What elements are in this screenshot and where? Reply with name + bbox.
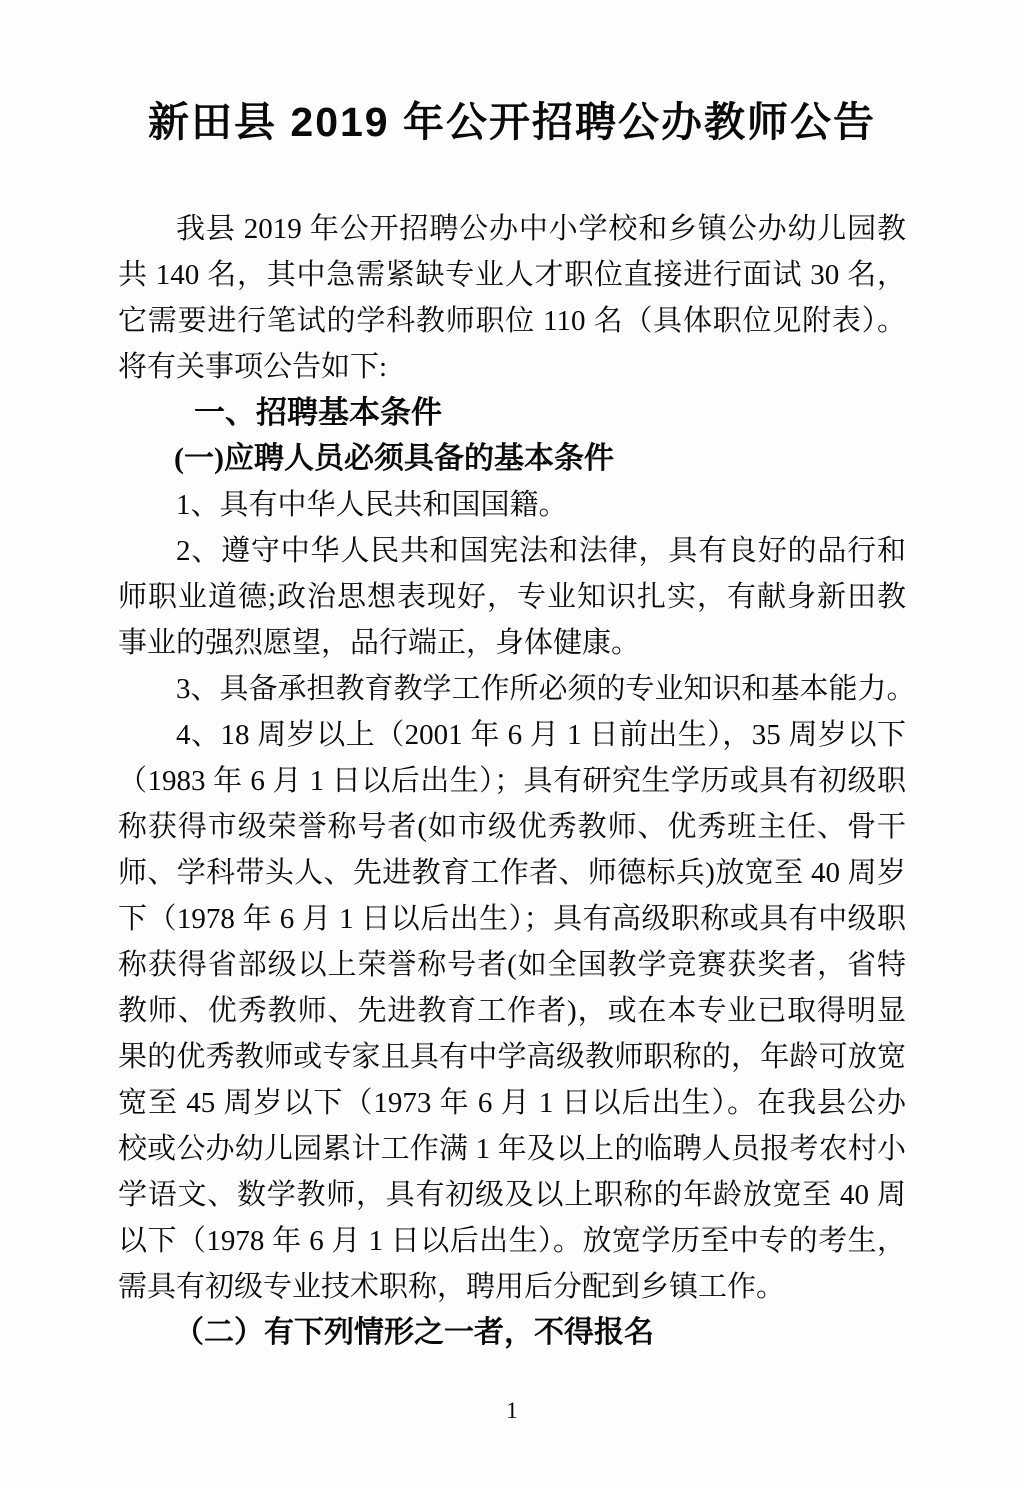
page-title: 新田县 2019 年公开招聘公办教师公告: [0, 98, 1024, 147]
text-line: 校或公办幼儿园累计工作满 1 年及以上的临聘人员报考农村小: [118, 1126, 906, 1172]
text-line: 需具有初级专业技术职称，聘用后分配到乡镇工作。: [118, 1264, 906, 1310]
heading-line: 一、招聘基本条件: [118, 390, 906, 436]
text-line: 宽至 45 周岁以下（1973 年 6 月 1 日以后出生）。在我县公办学: [118, 1080, 906, 1126]
document-page: 新田县 2019 年公开招聘公办教师公告 我县 2019 年公开招聘公办中小学校…: [0, 0, 1024, 1486]
text-line: 共 140 名，其中急需紧缺专业人才职位直接进行面试 30 名，其: [118, 252, 906, 298]
text-line: 果的优秀教师或专家且具有中学高级教师职称的，年龄可放宽放: [118, 1034, 906, 1080]
text-line: 4、18 周岁以上（2001 年 6 月 1 日前出生），35 周岁以下: [118, 712, 906, 758]
text-line: 称获得省部级以上荣誉称号者(如全国教学竞赛获奖者，省特级: [118, 942, 906, 988]
text-line: 事业的强烈愿望，品行端正，身体健康。: [118, 620, 906, 666]
text-line: 3、具备承担教育教学工作所必须的专业知识和基本能力。: [118, 666, 906, 712]
text-line: 以下（1978 年 6 月 1 日以后出生）。放宽学历至中专的考生，: [118, 1218, 906, 1264]
text-line: 师、学科带头人、先进教育工作者、师德标兵)放宽至 40 周岁以: [118, 850, 906, 896]
text-line: 1、具有中华人民共和国国籍。: [118, 482, 906, 528]
text-line: 师职业道德;政治思想表现好，专业知识扎实，有献身新田教育: [118, 574, 906, 620]
text-line: 教师、优秀教师、先进教育工作者)，或在本专业已取得明显成: [118, 988, 906, 1034]
text-line: 学语文、数学教师，具有初级及以上职称的年龄放宽至 40 周岁: [118, 1172, 906, 1218]
document-body: 我县 2019 年公开招聘公办中小学校和乡镇公办幼儿园教师共 140 名，其中急…: [118, 206, 906, 1356]
text-line: 它需要进行笔试的学科教师职位 110 名（具体职位见附表）。现: [118, 298, 906, 344]
heading-line: （二）有下列情形之一者，不得报名: [118, 1310, 906, 1356]
text-line: 称获得市级荣誉称号者(如市级优秀教师、优秀班主任、骨干教: [118, 804, 906, 850]
text-line: （1983 年 6 月 1 日以后出生）；具有研究生学历或具有初级职: [118, 758, 906, 804]
text-line: 我县 2019 年公开招聘公办中小学校和乡镇公办幼儿园教师: [118, 206, 906, 252]
text-line: 将有关事项公告如下:: [118, 344, 906, 390]
text-line: 2、遵守中华人民共和国宪法和法律，具有良好的品行和教: [118, 528, 906, 574]
text-line: 下（1978 年 6 月 1 日以后出生）；具有高级职称或具有中级职: [118, 896, 906, 942]
heading-line: (一)应聘人员必须具备的基本条件: [118, 436, 906, 482]
page-number: 1: [0, 1398, 1024, 1424]
